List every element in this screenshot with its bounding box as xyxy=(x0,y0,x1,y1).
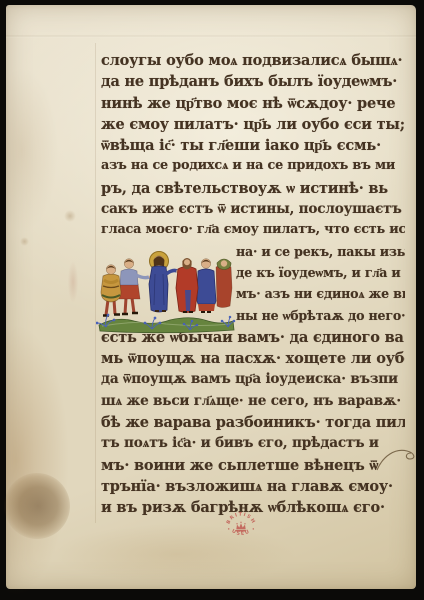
manuscript-line: мь ѿпоущѫ на пасхѫ· хощете ли оубо xyxy=(101,350,405,371)
manuscript-line: азъ на се родихсѧ и на се придохъ въ ми xyxy=(101,158,405,179)
manuscript-line: бѣ же варава разбоиникъ· тогда пила xyxy=(101,414,405,435)
parchment-stain xyxy=(6,295,92,595)
manuscript-line: же ємоу пилатъ· цр҃ь ли оубо єси ты; xyxy=(101,116,405,137)
elder-figure xyxy=(176,258,198,313)
soldier-figure xyxy=(101,265,121,316)
british-museum-stamp-icon: BRITISH MUSEUM xyxy=(221,510,261,544)
manuscript-line: ръ, да свѣтельствоуѫ ѡ истинѣ· вь xyxy=(101,180,405,201)
manuscript-line: нинѣ же цр҃тво моє нѣ ѿсѫдоу· рече xyxy=(101,95,405,116)
parchment-spot xyxy=(64,210,76,222)
soldier-figure xyxy=(119,259,152,314)
manuscript-line: слоугы оубо моѧ подвизалисѧ бышѧ· xyxy=(101,52,405,73)
manuscript-line: шѧ же вьси гл҃ѧще· не сего, нъ варавѫ· xyxy=(101,393,405,414)
pigment-bleed xyxy=(66,253,80,311)
hooded-figure xyxy=(216,259,232,308)
manuscript-line: да не прѣданъ бихъ былъ їоудеѡмъ· xyxy=(101,73,405,94)
parchment-stain xyxy=(56,510,356,590)
photograph-of-manuscript-folio: { "manuscript": { "lines": [ "слоугы оуб… xyxy=(0,0,424,600)
manuscript-line: тъ поѧтъ іс҃а· и бивъ єго, прѣдастъ и xyxy=(101,435,405,456)
parchment-spot xyxy=(20,237,29,246)
christ-figure xyxy=(149,252,180,313)
pen-flourish xyxy=(374,443,418,475)
parchment-stain xyxy=(6,45,86,255)
manuscript-line: да ѿпоущѫ вамъ цр҃а іоудеиска· възпи xyxy=(101,371,405,392)
fold-crease xyxy=(6,35,416,38)
manuscript-line: сакъ иже єстъ ѿ истины, послоушаєтъ xyxy=(101,201,405,222)
manuscript-line: ѿвѣща іс҃· ты гл҃еши іако цр҃ь єсмь· xyxy=(101,137,405,158)
miniature-illustration xyxy=(96,246,236,334)
parchment-folio: слоугы оубо моѧ подвизалисѧ бышѧ· да не … xyxy=(6,5,416,589)
bystander-figure xyxy=(197,259,216,312)
manuscript-line: мъ· воини же сьплетше вѣнецъ ѿ xyxy=(101,457,405,478)
manuscript-line: гласа моєго· гл҃а ємоу пилатъ, что єсть … xyxy=(101,222,405,243)
ground-mound xyxy=(99,318,234,333)
manuscript-line: трънїа· възложишѧ на главѫ ємоу· xyxy=(101,478,405,499)
wax-stain xyxy=(4,473,70,539)
